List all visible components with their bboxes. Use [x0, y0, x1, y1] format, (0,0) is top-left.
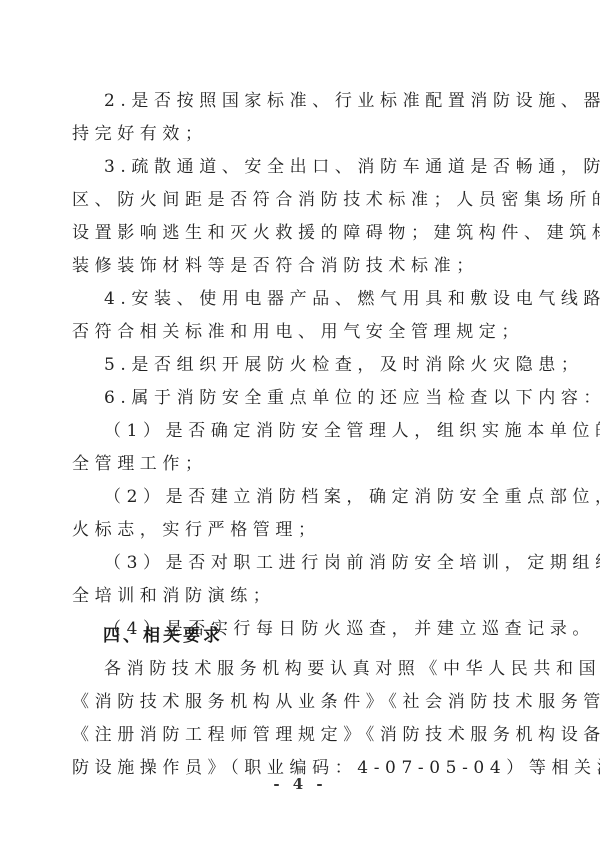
- sub-item-3-line-2: 全培训和消防演练；: [72, 584, 542, 608]
- paragraph-item-4-line-1: 4.安装、使用电器产品、燃气用具和敷设电气线路、管线是: [104, 287, 574, 311]
- paragraph-item-3-line-3: 设置影响逃生和灭火救援的障碍物；建筑构件、建筑材料和室内: [72, 221, 542, 245]
- sub-item-1-line-2: 全管理工作；: [72, 452, 542, 476]
- sub-item-2-line-2: 火标志，实行严格管理；: [72, 518, 542, 542]
- paragraph-item-2-line-1: 2.是否按照国家标准、行业标准配置消防设施、器材，并保: [104, 89, 574, 113]
- paragraph-item-6: 6.属于消防安全重点单位的还应当检查以下内容：: [104, 386, 574, 410]
- sub-item-3-line-1: （3）是否对职工进行岗前消防安全培训，定期组织消防安: [104, 551, 574, 575]
- closing-paragraph-line-1: 各消防技术服务机构要认真对照《中华人民共和国消防法》: [104, 657, 574, 681]
- closing-paragraph-line-3: 《注册消防工程师管理规定》《消防技术服务机构设备配备》《消: [72, 723, 542, 747]
- sub-item-1-line-1: （1）是否确定消防安全管理人，组织实施本单位的消防安: [104, 419, 574, 443]
- paragraph-item-5: 5.是否组织开展防火检查，及时消除火灾隐患；: [104, 353, 574, 377]
- closing-paragraph-line-2: 《消防技术服务机构从业条件》《社会消防技术服务管理规定》: [72, 690, 542, 714]
- document-page: 2.是否按照国家标准、行业标准配置消防设施、器材，并保 持完好有效； 3.疏散通…: [0, 0, 600, 850]
- section-heading: 四、相关要求: [103, 624, 223, 648]
- paragraph-item-3-line-2: 区、防火间距是否符合消防技术标准；人员密集场所的门窗是否: [72, 188, 542, 212]
- page-number: - 4 -: [0, 775, 600, 793]
- paragraph-item-2-line-2: 持完好有效；: [72, 122, 542, 146]
- paragraph-item-3-line-4: 装修装饰材料等是否符合消防技术标准；: [72, 254, 542, 278]
- paragraph-item-3-line-1: 3.疏散通道、安全出口、消防车通道是否畅通，防火防烟分: [104, 155, 574, 179]
- paragraph-item-4-line-2: 否符合相关标准和用电、用气安全管理规定；: [72, 320, 542, 344]
- sub-item-2-line-1: （2）是否建立消防档案，确定消防安全重点部位，设置防: [104, 485, 574, 509]
